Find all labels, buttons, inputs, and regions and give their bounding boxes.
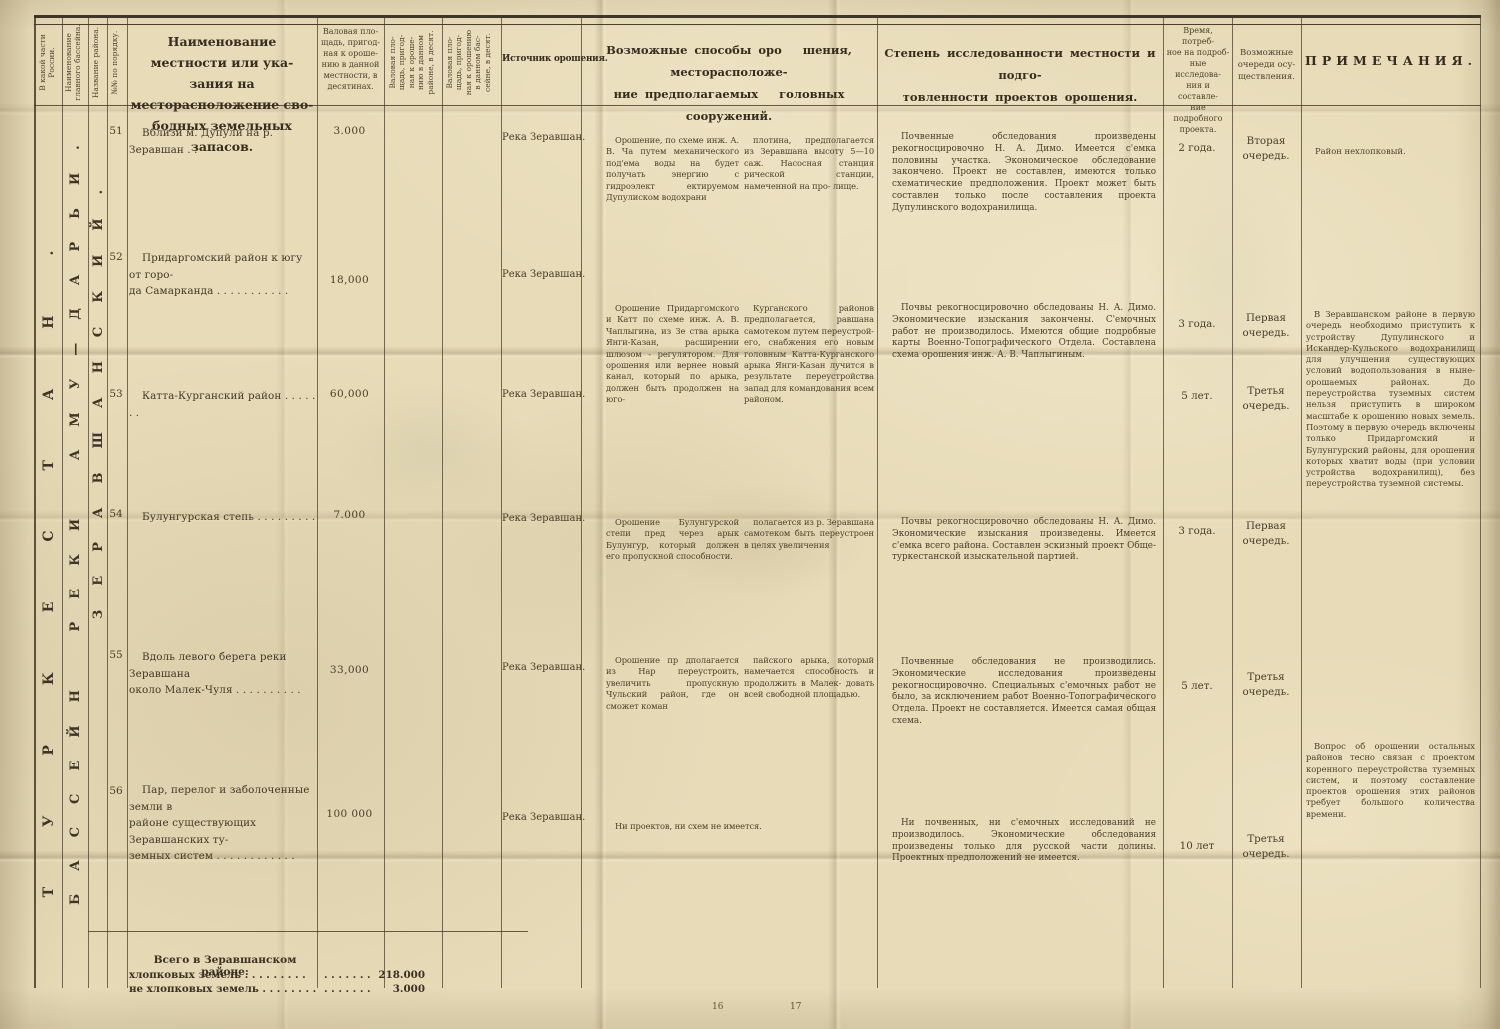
column-header-area-locality: Валовая пло- щадь, пригод- ная к ороше- … [319, 26, 382, 92]
table-column-line [581, 16, 582, 988]
table-column-line [34, 16, 36, 988]
page-edge-shadow [1480, 0, 1500, 1029]
totals-dot-leader: . . . . . . . [324, 969, 378, 981]
methods-text-right: плотина, предполагается из Зеравшана выс… [744, 135, 874, 192]
table-column-line [501, 16, 502, 988]
locality-name: Булунгурская степь . . . . . . . . . [129, 509, 316, 526]
column-header-area-basin: Валовая пло- щадь, пригод- ная к орошени… [445, 23, 501, 102]
methods-text-left: Орошение, по схеме инж. А. В. Ча путем м… [606, 135, 739, 203]
research-status-text: Почвенные обследования произведены реког… [892, 132, 1156, 215]
table-column-line [127, 16, 128, 988]
table-column-line [107, 16, 108, 988]
column-header-area-district: Валовая пло- щадь, пригод- ная к ороше- … [388, 23, 444, 102]
area-locality-value: 60,000 [318, 388, 381, 400]
time-required: 3 года. [1164, 317, 1230, 332]
methods-text-left: Орошение пр дполагается из Нар переустро… [606, 655, 739, 712]
column-header-notes: ПРИМЕЧАНИЯ. [1305, 53, 1477, 68]
time-required: 3 года. [1164, 524, 1230, 539]
column-header-methods: Возможные способы оро шения, местораспол… [584, 39, 874, 127]
totals-value: 3.000 [373, 983, 425, 995]
research-status-text: Ни почвенных, ни с'емочных исследований … [892, 818, 1156, 865]
column-header-research: Степень исследованности местности и подг… [880, 42, 1160, 108]
column-header-main-basin: Наименование главного бассейна. [64, 23, 88, 102]
totals-label: хлопковых земель . . . . . . . . . [129, 969, 329, 981]
area-locality-value: 33,000 [318, 664, 381, 676]
irrigation-source: Река Зеравшан. [502, 269, 580, 280]
column-header-priority: Возможные очереди осу- ществления. [1234, 47, 1299, 83]
priority-order: Третья очередь. [1233, 384, 1299, 414]
time-required: 2 года. [1164, 141, 1230, 156]
margin-label-district: ЗЕРАВШАНСКИЙ. [91, 160, 107, 625]
page-number-left: 16 [712, 1002, 723, 1012]
margin-label-basin: БАССЕЙН РЕКИ АМУ—ДАРЬИ. [64, 165, 88, 905]
column-header-source: Источник орошения. [502, 54, 579, 64]
irrigation-source: Река Зеравшан. [502, 132, 580, 143]
column-header-district-name: Название района. [91, 23, 107, 102]
area-locality-value: 3.000 [318, 125, 381, 137]
row-number: 54 [106, 508, 126, 520]
time-required: 10 лет [1164, 839, 1230, 854]
paper-stain [330, 380, 530, 520]
locality-name: Вдоль левого берега реки Зеравшана около… [129, 649, 316, 699]
column-header-time: Время, потреб- ное на подроб- ные исслед… [1166, 25, 1230, 135]
row-number: 53 [106, 388, 126, 400]
time-required: 5 лет. [1164, 679, 1230, 694]
research-status-text: Почвы рекогносцировочно обследованы Н. А… [892, 303, 1156, 362]
paper-stain [1140, 150, 1300, 410]
research-status-text: Почвенные обследования не производились.… [892, 657, 1156, 728]
row-number: 55 [106, 649, 126, 661]
priority-order: Первая очередь. [1233, 519, 1299, 549]
irrigation-source: Река Зеравшан. [502, 662, 580, 673]
methods-text-right: пайского арыка, который намечается спосо… [744, 655, 874, 701]
totals-dot-leader: . . . . . . . [324, 983, 378, 995]
locality-name: Придаргомский район к югу от горо- да Са… [129, 250, 316, 300]
table-column-line [62, 16, 63, 988]
locality-name: Катта-Курганский район . . . . . . . [129, 388, 316, 421]
irrigation-source: Река Зеравшан. [502, 812, 580, 823]
irrigation-source: Река Зеравшан. [502, 513, 580, 524]
row-number: 51 [106, 125, 126, 137]
note-text: Район нехлопковый. [1307, 146, 1473, 157]
table-column-line [88, 16, 89, 988]
area-locality-value: 18,000 [318, 274, 381, 286]
totals-value: 218.000 [373, 969, 425, 981]
column-header-row-number: №№ по порядку. [110, 23, 127, 102]
priority-order: Третья очередь. [1233, 832, 1299, 862]
totals-label: не хлопковых земель . . . . . . . . [129, 983, 329, 995]
priority-order: Третья очередь. [1233, 670, 1299, 700]
margin-label-region: ТУРКЕСТАН. [37, 183, 62, 905]
table-column-line [877, 16, 878, 988]
document-page: В какой части России. Наименование главн… [0, 0, 1500, 1029]
priority-order: Первая очередь. [1233, 311, 1299, 341]
methods-text-left: Орошение Булунгурской степи пред через а… [606, 517, 739, 563]
area-locality-value: 7.000 [318, 509, 381, 521]
methods-text-left: Ни проектов, ни схем не имеется. [606, 821, 796, 832]
research-status-text: Почвы рекогносцировочно обследованы Н. А… [892, 517, 1156, 564]
methods-text-right: Курганского районов предполагается, равш… [744, 303, 874, 406]
row-number: 56 [106, 785, 126, 797]
table-column-line [317, 16, 318, 988]
irrigation-source: Река Зеравшан. [502, 389, 580, 400]
priority-order: Вторая очередь. [1233, 134, 1299, 164]
area-locality-value: 100 000 [318, 808, 381, 820]
methods-text-right: полагается из р. Зеравшана самотеком быт… [744, 517, 874, 551]
locality-name: Вблизи м. Дупули на р. Зеравшан . . [129, 125, 316, 158]
note-text: В Зеравшанском районе в первую очередь н… [1306, 309, 1475, 490]
row-number: 52 [106, 251, 126, 263]
table-column-line [1480, 16, 1481, 988]
column-header-part-of-russia: В какой части России. [38, 23, 62, 102]
table-column-line [384, 16, 385, 988]
totals-separator-line [88, 931, 528, 932]
table-column-line [442, 16, 443, 988]
methods-text-left: Орошение Придаргомского и Катт по схеме … [606, 303, 739, 406]
table-top-border [34, 15, 1481, 25]
table-column-line [1301, 16, 1302, 988]
locality-name: Пар, перелог и заболоченные земли в райо… [129, 782, 316, 865]
note-text: Вопрос об орошении остальных районов тес… [1306, 741, 1475, 820]
time-required: 5 лет. [1164, 389, 1230, 404]
page-number-right: 17 [790, 1002, 801, 1012]
